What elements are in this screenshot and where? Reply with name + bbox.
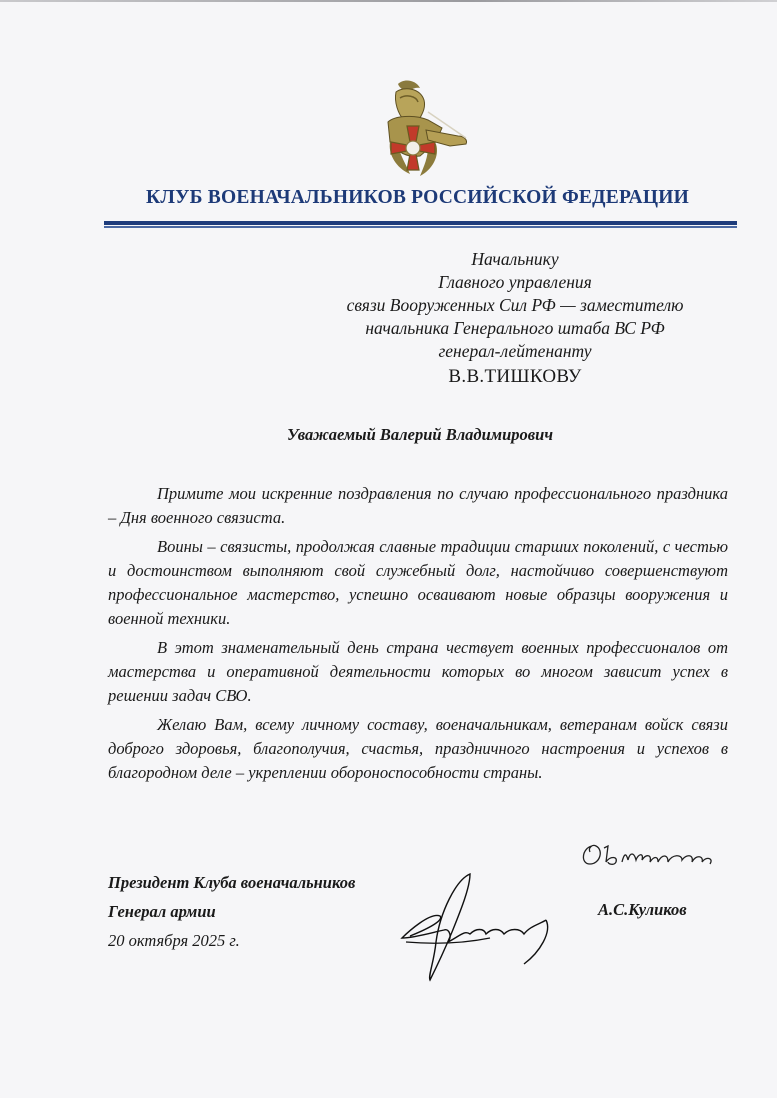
paragraph: Желаю Вам, всему личному составу, военач… [108,713,728,786]
handwritten-note-obnimayu [578,838,728,870]
addressee-line: связи Вооруженных Сил РФ — заместителю [290,294,740,317]
paragraph: Воины – связисты, продолжая славные трад… [108,535,728,632]
addressee-line: начальника Генерального штаба ВС РФ [290,317,740,340]
letter-date: 20 октября 2025 г. [108,926,428,955]
signer-rank: Генерал армии [108,897,428,926]
addressee-line: генерал-лейтенанту [290,340,740,363]
signer-name: А.С.Куликов [598,900,687,920]
organization-title: КЛУБ ВОЕНАЧАЛЬНИКОВ РОССИЙСКОЙ ФЕДЕРАЦИИ [0,187,777,209]
addressee-line: Главного управления [290,271,740,294]
handwritten-signature [400,872,560,982]
paragraph: В этот знаменательный день страна честву… [108,636,728,709]
addressee-block: Начальнику Главного управления связи Воо… [290,248,740,363]
scan-top-edge [0,0,777,2]
divider-thin-line [104,226,737,228]
salutation: Уважаемый Валерий Владимирович [100,425,740,445]
club-emblem-icon [370,78,480,183]
header-divider [104,221,737,228]
paragraph: Примите мои искренние поздравления по сл… [108,482,728,531]
signer-position: Президент Клуба военачальников [108,868,428,897]
divider-thick-line [104,221,737,225]
signer-block: Президент Клуба военачальников Генерал а… [108,868,428,955]
addressee-name: В.В.ТИШКОВУ [290,366,740,388]
letter-body: Примите мои искренние поздравления по сл… [108,482,728,790]
addressee-line: Начальнику [290,248,740,271]
